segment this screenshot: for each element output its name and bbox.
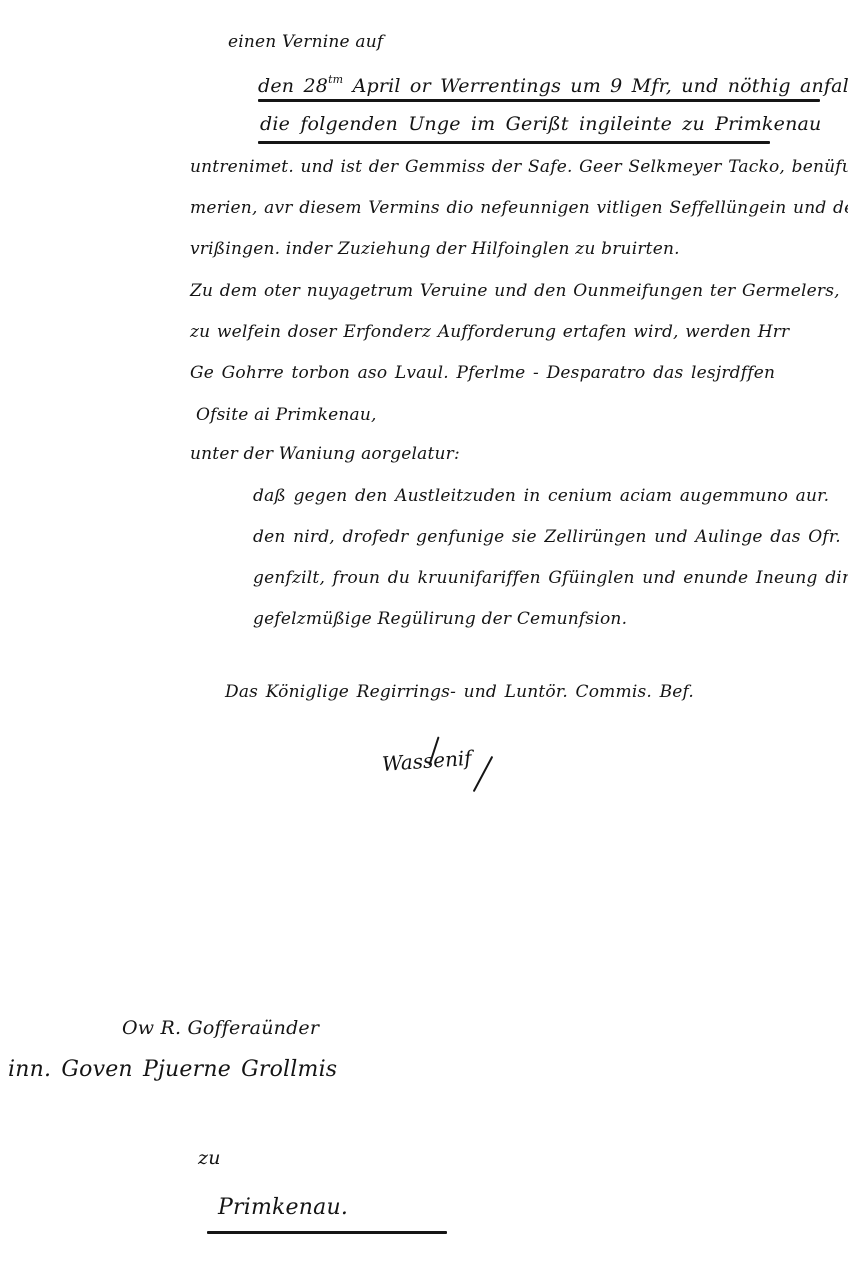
body-line-11: unter der Waniung aorgelatur: xyxy=(190,442,460,466)
underline-address xyxy=(207,1231,447,1234)
body-line-4: untrenimet. und ist der Gemmiss der Safe… xyxy=(190,155,848,179)
body-line-1: einen Vernine auf xyxy=(228,30,383,54)
indented-line-1: daß gegen den Austleitzuden in cenium ac… xyxy=(253,484,829,508)
date-suffix: tm xyxy=(328,73,343,86)
address-line-2: inn. Goven Pjuerne Grollmis xyxy=(8,1058,337,1082)
address-line-3: zu xyxy=(198,1146,221,1170)
date-rest: April or Werrentings um 9 Mfr, und nöthi… xyxy=(343,75,848,97)
underline-2 xyxy=(258,141,770,144)
body-line-2-underlined: den 28tm April or Werrentings um 9 Mfr, … xyxy=(258,68,848,98)
body-line-8: zu welfein doser Erfonderz Aufforderung … xyxy=(190,320,789,344)
body-line-9: Ge Gohrre torbon aso Lvaul. Pferlme - De… xyxy=(190,361,775,385)
body-line-7: Zu dem oter nuyagetrum Veruine und den O… xyxy=(190,279,840,303)
letter-page: einen Vernine auf den 28tm April or Werr… xyxy=(0,0,848,1264)
body-line-6: vrißingen. inder Zuziehung der Hilfoingl… xyxy=(190,237,680,261)
indented-line-2: den nird, drofedr genfunige sie Zellirün… xyxy=(253,525,841,549)
address-line-1: Ow R. Gofferaünder xyxy=(122,1016,319,1040)
address-line-4: Primkenau. xyxy=(218,1196,348,1220)
signature-flourish-tail xyxy=(473,756,494,792)
indented-line-3: genfzilt, froun du kruunifariffen Gfüing… xyxy=(253,566,848,590)
body-line-3-underlined: die folgenden Unge im Gerißt ingileinte … xyxy=(260,112,821,136)
signature: Wassenif xyxy=(381,746,472,776)
indented-line-4: gefelzmüßige Regülirung der Cemunfsion. xyxy=(253,607,627,631)
body-line-10: Ofsite ai Primkenau, xyxy=(196,403,377,427)
closing-line: Das Königlige Regirrings- und Luntör. Co… xyxy=(225,680,694,704)
underline-1 xyxy=(258,99,820,102)
body-line-5: merien, avr diesem Vermins dio nefeunnig… xyxy=(190,196,848,220)
date-day: den 28 xyxy=(258,75,328,97)
